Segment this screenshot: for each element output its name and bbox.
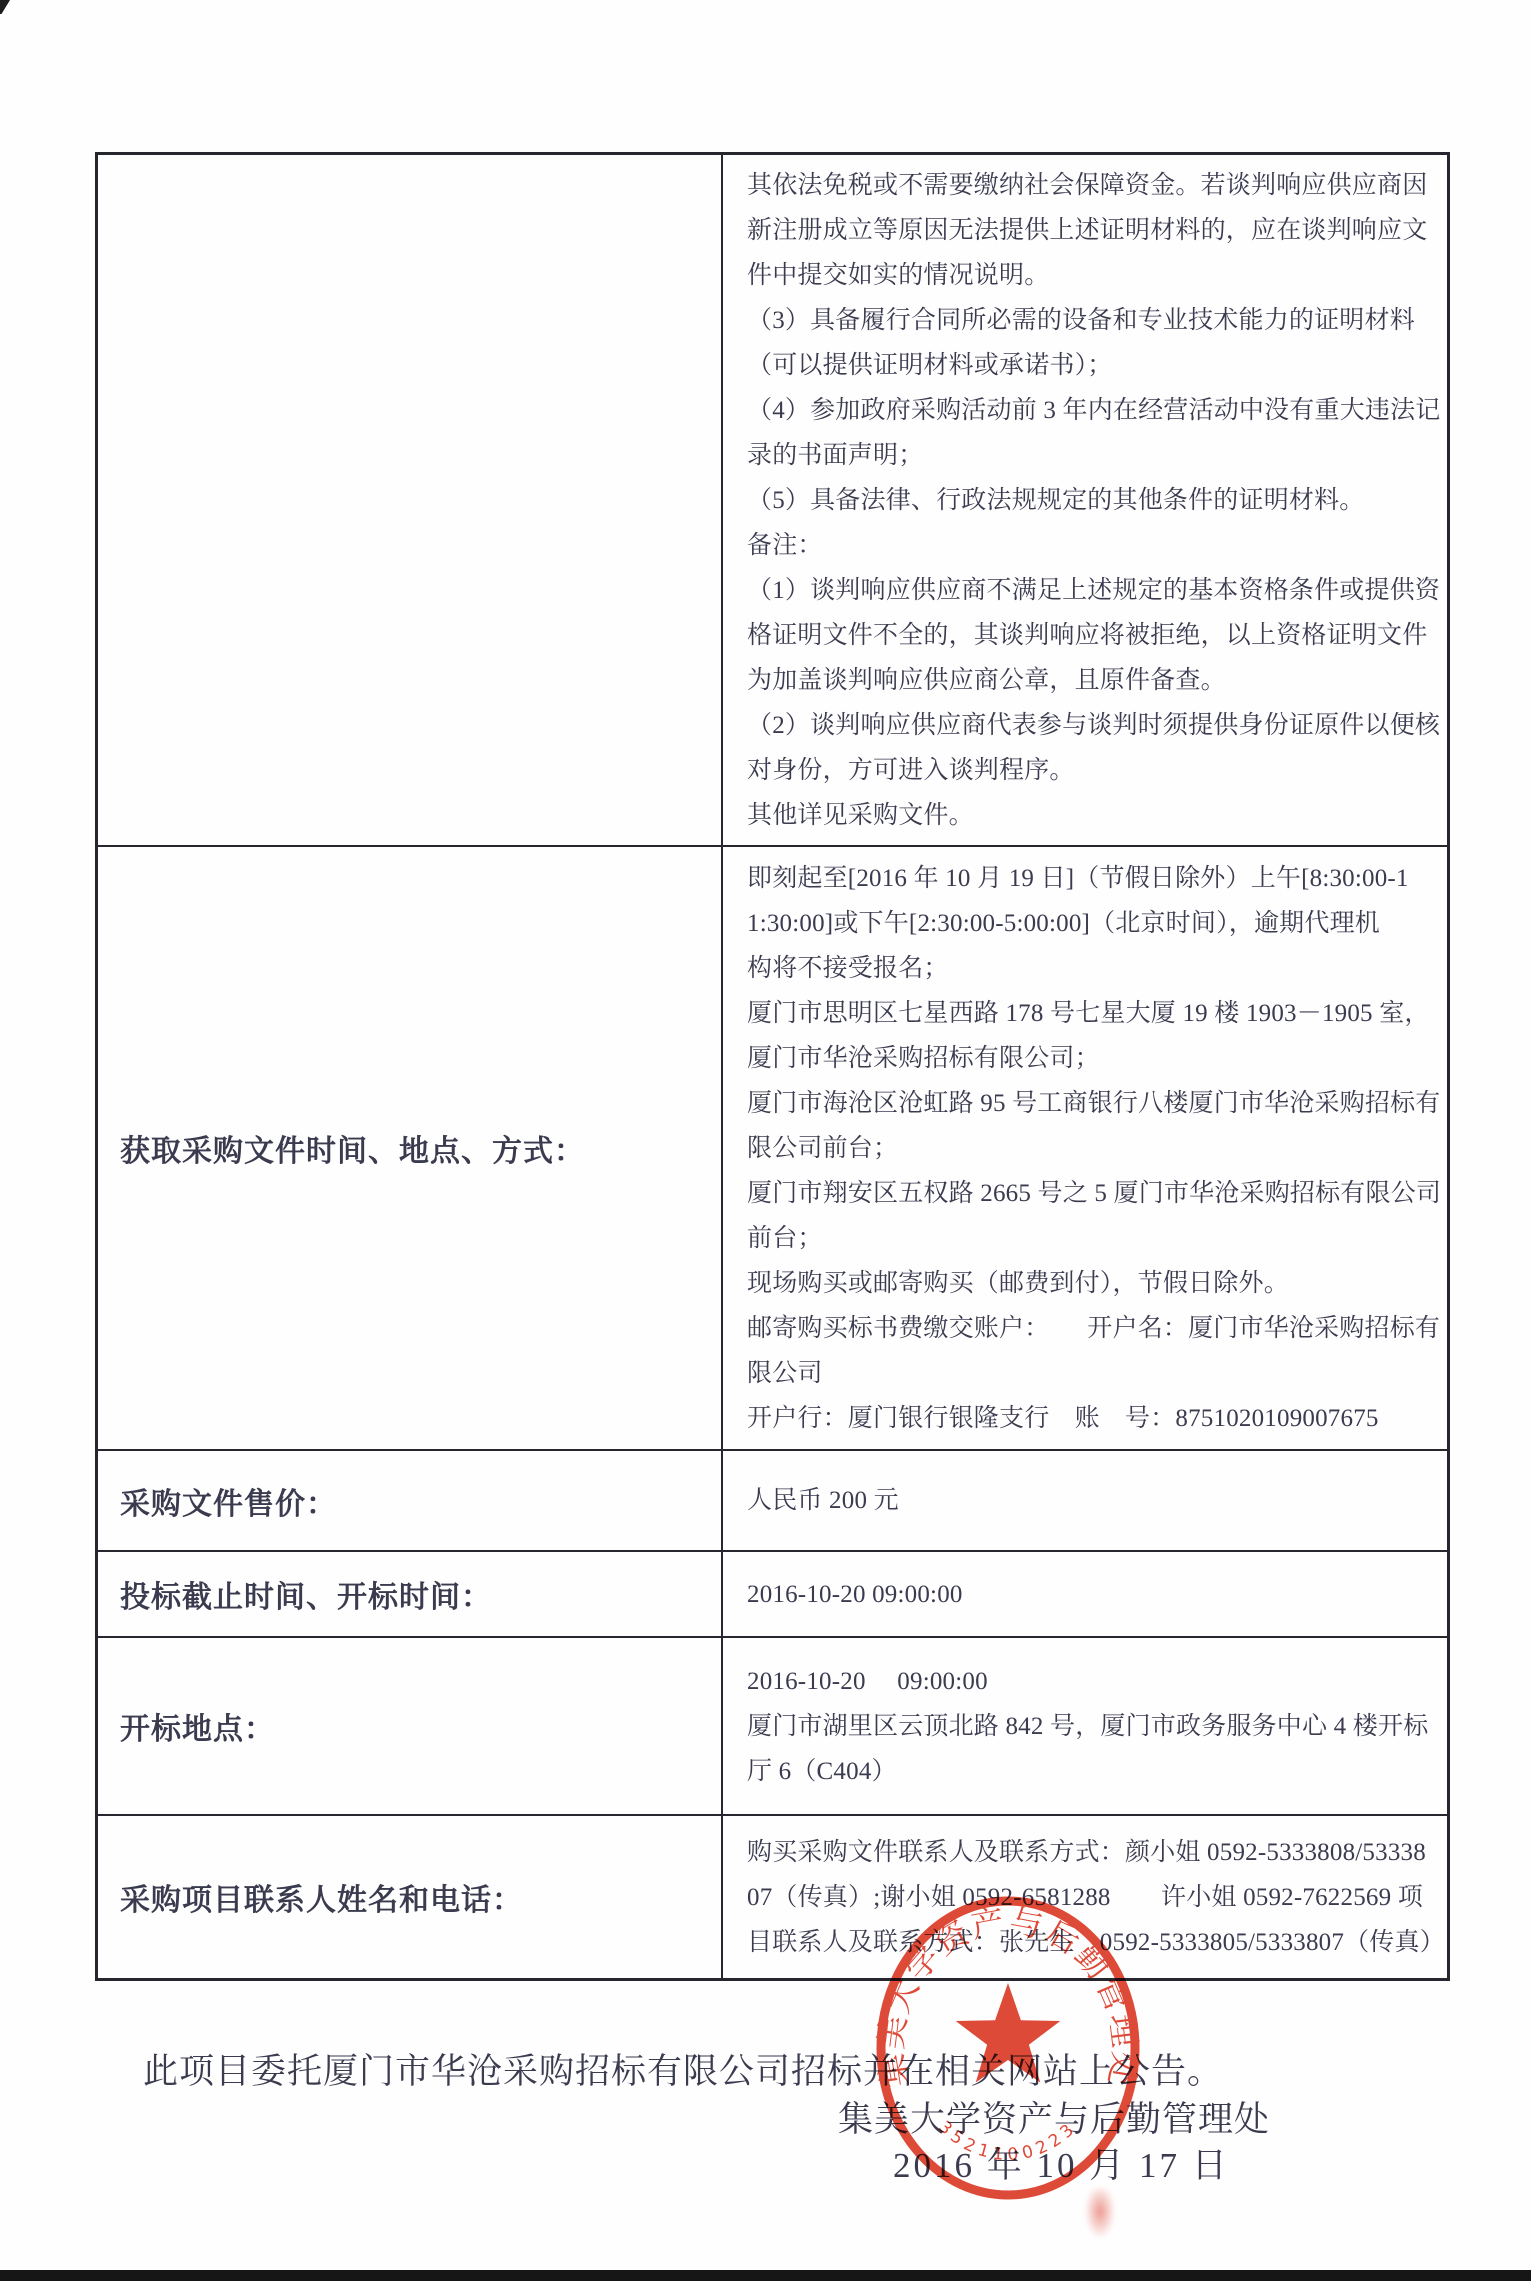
text-line: 限公司前台； <box>747 1126 1433 1171</box>
row-label: 开标地点： <box>120 1704 275 1748</box>
text-line: 构将不接受报名； <box>747 946 1433 991</box>
text-line: 1:30:00]或下午[2:30:00-5:00:00]（北京时间），逾期代理机 <box>747 901 1433 946</box>
seal-ink-smudge <box>1078 2188 1122 2266</box>
row-label-cell: 获取采购文件时间、地点、方式： <box>98 847 723 1449</box>
text-line: 对身份，方可进入谈判程序。 <box>747 748 1433 793</box>
row-content-cell: 2016-10-20 09:00:00厦门市湖里区云顶北路 842 号，厦门市政… <box>723 1638 1447 1814</box>
text-line: 厦门市湖里区云顶北路 842 号，厦门市政务服务中心 4 楼开标 <box>747 1704 1433 1749</box>
row-label: 投标截止时间、开标时间： <box>120 1572 492 1616</box>
text-line: 开户行：厦门银行银隆支行 账 号：8751020109007675 <box>747 1396 1433 1441</box>
text-line: 其他详见采购文件。 <box>747 793 1433 838</box>
row-label-cell: 投标截止时间、开标时间： <box>98 1552 723 1636</box>
text-line: 格证明文件不全的，其谈判响应将被拒绝，以上资格证明文件 <box>747 613 1433 658</box>
row-label-cell <box>98 155 723 845</box>
text-line: 厦门市海沧区沧虹路 95 号工商银行八楼厦门市华沧采购招标有 <box>747 1081 1433 1126</box>
scan-artifact <box>0 0 10 14</box>
text-line: 备注： <box>747 523 1433 568</box>
text-line: 厦门市翔安区五权路 2665 号之 5 厦门市华沧采购招标有限公司 <box>747 1171 1433 1216</box>
row-label: 采购文件售价： <box>120 1479 337 1523</box>
text-line: 即刻起至[2016 年 10 月 19 日]（节假日除外）上午[8:30:00-… <box>747 856 1433 901</box>
text-line: 前台； <box>747 1216 1433 1261</box>
text-line: 限公司 <box>747 1351 1433 1396</box>
text-line: （5）具备法律、行政法规规定的其他条件的证明材料。 <box>747 478 1433 523</box>
text-line: 购买采购文件联系人及联系方式：颜小姐 0592-5333808/53338 <box>747 1830 1433 1875</box>
row-label-cell: 开标地点： <box>98 1638 723 1814</box>
text-line: 其依法免税或不需要缴纳社会保障资金。若谈判响应供应商因 <box>747 163 1433 208</box>
text-line: 为加盖谈判响应供应商公章，且原件备查。 <box>747 658 1433 703</box>
table-row: 其依法免税或不需要缴纳社会保障资金。若谈判响应供应商因新注册成立等原因无法提供上… <box>98 155 1447 847</box>
procurement-table: 其依法免税或不需要缴纳社会保障资金。若谈判响应供应商因新注册成立等原因无法提供上… <box>95 152 1450 1981</box>
text-line: 厦门市思明区七星西路 178 号七星大厦 19 楼 1903－1905 室， <box>747 991 1433 1036</box>
row-label: 获取采购文件时间、地点、方式： <box>120 1126 585 1170</box>
table-row: 采购项目联系人姓名和电话： 购买采购文件联系人及联系方式：颜小姐 0592-53… <box>98 1816 1447 1978</box>
text-line: （3）具备履行合同所必需的设备和专业技术能力的证明材料 <box>747 298 1433 343</box>
text-line: （2）谈判响应供应商代表参与谈判时须提供身份证原件以便核 <box>747 703 1433 748</box>
table-row: 采购文件售价： 人民币 200 元 <box>98 1451 1447 1552</box>
table-row: 投标截止时间、开标时间： 2016-10-20 09:00:00 <box>98 1552 1447 1638</box>
row-label-cell: 采购项目联系人姓名和电话： <box>98 1816 723 1978</box>
text-line: （可以提供证明材料或承诺书）； <box>747 343 1433 388</box>
text-line: 录的书面声明； <box>747 433 1433 478</box>
row-content-cell: 人民币 200 元 <box>723 1451 1447 1550</box>
official-seal: 集美大学资产与后勤管理处 3521100223 <box>858 1878 1158 2218</box>
table-row: 开标地点： 2016-10-20 09:00:00厦门市湖里区云顶北路 842 … <box>98 1638 1447 1816</box>
row-label-cell: 采购文件售价： <box>98 1451 723 1550</box>
star-icon <box>956 1983 1061 2083</box>
document-scan: 其依法免税或不需要缴纳社会保障资金。若谈判响应供应商因新注册成立等原因无法提供上… <box>0 0 1531 2281</box>
text-line: 2016-10-20 09:00:00 <box>747 1659 1433 1704</box>
text-line: 新注册成立等原因无法提供上述证明材料的，应在谈判响应文 <box>747 208 1433 253</box>
text-line: （4）参加政府采购活动前 3 年内在经营活动中没有重大违法记 <box>747 388 1433 433</box>
text-line: 件中提交如实的情况说明。 <box>747 253 1433 298</box>
text-line: （1）谈判响应供应商不满足上述规定的基本资格条件或提供资 <box>747 568 1433 613</box>
row-content-cell: 2016-10-20 09:00:00 <box>723 1552 1447 1636</box>
row-content-cell: 即刻起至[2016 年 10 月 19 日]（节假日除外）上午[8:30:00-… <box>723 847 1447 1449</box>
text-line: 邮寄购买标书费缴交账户： 开户名：厦门市华沧采购招标有 <box>747 1306 1433 1351</box>
table-row: 获取采购文件时间、地点、方式： 即刻起至[2016 年 10 月 19 日]（节… <box>98 847 1447 1451</box>
text-line: 厦门市华沧采购招标有限公司； <box>747 1036 1433 1081</box>
text-line: 现场购买或邮寄购买（邮费到付），节假日除外。 <box>747 1261 1433 1306</box>
text-line: 2016-10-20 09:00:00 <box>747 1572 1433 1617</box>
text-line: 厅 6（C404） <box>747 1749 1433 1794</box>
scan-edge <box>0 2270 1531 2281</box>
text-line: 人民币 200 元 <box>747 1478 1433 1523</box>
seal-serial-number: 3521100223 <box>934 2117 1081 2165</box>
row-label: 采购项目联系人姓名和电话： <box>120 1875 523 1919</box>
row-content-cell: 其依法免税或不需要缴纳社会保障资金。若谈判响应供应商因新注册成立等原因无法提供上… <box>723 155 1447 845</box>
